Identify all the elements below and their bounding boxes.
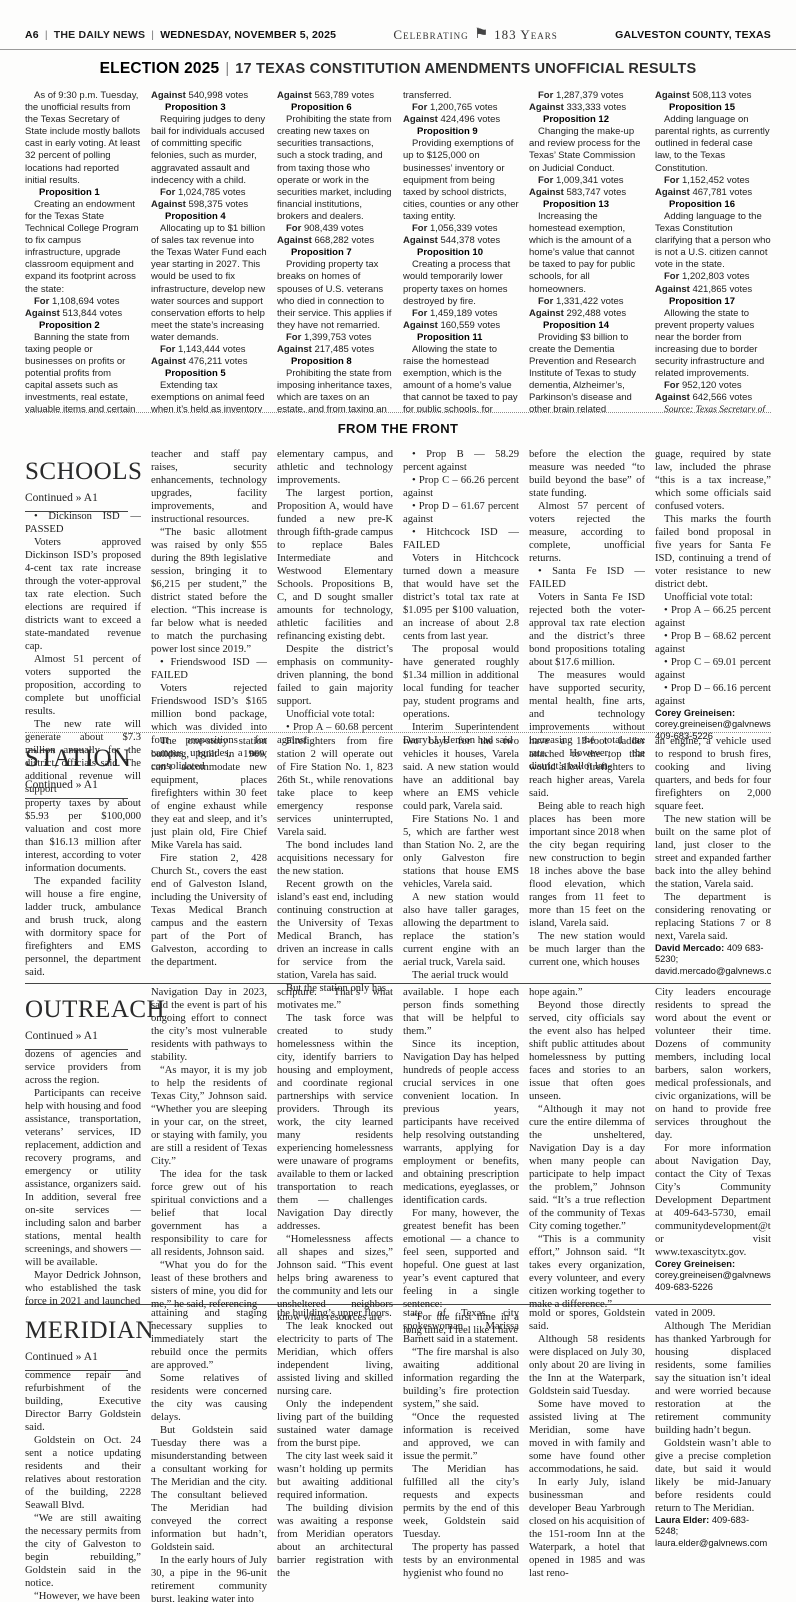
paragraph: • Prop B — 58.29 percent against (403, 448, 519, 474)
proposition-heading: Proposition 15 (655, 102, 771, 114)
paragraph: The property has passed tests by an envi… (403, 1541, 519, 1580)
paragraph: The city last week said it wasn’t holdin… (277, 1450, 393, 1502)
page-number: A6 (25, 29, 39, 41)
text-column: the building’s upper floors.The leak kno… (277, 1307, 393, 1602)
paragraph: Allowing the state to raise the homestea… (403, 344, 519, 412)
proposition-heading: Proposition 14 (529, 320, 645, 332)
text-column: have a 13-foot ladder attached to the to… (529, 735, 645, 995)
paragraph: Creating a process that would temporaril… (403, 259, 519, 307)
paragraph: • Prop D – 61.67 percent against (403, 500, 519, 526)
paragraph: The new station will be built on the sam… (655, 813, 771, 891)
paragraph: vated in 2009. (655, 1307, 771, 1320)
paragraph: • Friendswood ISD — FAILED (151, 656, 267, 682)
newspaper-page: A6 | THE DAILY NEWS | WEDNESDAY, NOVEMBE… (0, 0, 796, 1602)
paragraph: Allowing the state to prevent property v… (655, 308, 771, 381)
paragraph: • Prop B – 68.62 percent against (655, 630, 771, 656)
paragraph: This marks the fourth failed bond propos… (655, 513, 771, 591)
text-column: The one-story station building, built in… (151, 735, 267, 995)
paragraph: The one-story station building, built in… (151, 735, 267, 852)
proposition-heading: Proposition 9 (403, 126, 519, 138)
paragraph: For 1,024,785 votes (151, 187, 267, 199)
text-column: For 1,287,379 votesAgainst 333,333 votes… (529, 90, 645, 412)
section-headline: SCHOOLS (25, 458, 143, 486)
paragraph: Adding language to the Texas Constitutio… (655, 211, 771, 271)
paragraph: Against 583,747 votes (529, 187, 645, 199)
paragraph: Against 217,485 votes (277, 344, 393, 356)
paragraph: Adding language on parental rights, as c… (655, 114, 771, 174)
paragraph: Allocating up to $1 billion of sales tax… (151, 223, 267, 344)
paragraph: attaining and staging necessary supplies… (151, 1307, 267, 1372)
paragraph: Voters in Hitchcock turned down a measur… (403, 552, 519, 643)
paragraph: For 908,439 votes Against 668,282 votes (277, 223, 393, 247)
paragraph: Although The Meridian has thanked Yarbro… (655, 1320, 771, 1437)
proposition-heading: Proposition 17 (655, 296, 771, 308)
divider: | (45, 29, 48, 41)
paragraph: Unofficial vote total: (655, 591, 771, 604)
paragraph: For 952,120 votes Against 642,566 votes (655, 380, 771, 404)
paragraph: The aerial truck would (403, 969, 519, 982)
paragraph: Only the independent living part of the … (277, 1398, 393, 1450)
masthead-left: A6 | THE DAILY NEWS | WEDNESDAY, NOVEMBE… (25, 29, 336, 41)
paragraph: Providing $3 billion to create the Demen… (529, 332, 645, 412)
paragraph: Navigation Day in 2023, said the event i… (151, 986, 267, 1064)
text-column: scripture. “That’s what motivates me.”Th… (277, 986, 393, 1337)
paragraph: Goldstein on Oct. 24 sent a notice updat… (25, 1434, 141, 1512)
text-column: As of 9:30 p.m. Tuesday, the unofficial … (25, 90, 141, 412)
text-column: Against 508,113 votesProposition 15Addin… (655, 90, 771, 412)
text-column: two bays for the two vehicles it houses,… (403, 735, 519, 995)
paragraph: transferred. (403, 90, 519, 102)
paragraph: For 1,009,341 votes (529, 175, 645, 187)
byline: Laura Elder: 409-683-5248; laura.elder@g… (655, 1515, 771, 1549)
paragraph: teacher and staff pay raises, security e… (151, 448, 267, 526)
election-columns: As of 9:30 p.m. Tuesday, the unofficial … (25, 90, 771, 412)
paragraph: For many, however, the greatest benefit … (403, 1207, 519, 1311)
paragraph: Prohibiting the state from imposing inhe… (277, 368, 393, 412)
continued-from-label: Continued » A1 (25, 779, 128, 799)
paragraph: Against 513,844 votes (25, 308, 141, 320)
paragraph: “However, we have been (25, 1590, 141, 1602)
paragraph: Voters in Santa Fe ISD rejected both the… (529, 591, 645, 669)
paragraph: Changing the make-up and review process … (529, 126, 645, 174)
paragraph: Firefighters from fire station 2 will op… (277, 735, 393, 839)
paragraph: Almost 51 percent of voters supported th… (25, 653, 141, 718)
paragraph: Providing property tax breaks on homes o… (277, 259, 393, 332)
paragraph: Banning the state from taxing people or … (25, 332, 141, 412)
paragraph: Almost 57 percent of voters rejected the… (529, 500, 645, 565)
paragraph: For more information about Navigation Da… (655, 1142, 771, 1259)
section-meridian: MERIDIAN Continued » A1 commence repair … (0, 1305, 796, 1575)
paragraph: have a 13-foot ladder attached to the to… (529, 735, 645, 800)
proposition-heading: Proposition 6 (277, 102, 393, 114)
paragraph: Against 508,113 votes (655, 90, 771, 102)
divider: | (151, 29, 154, 41)
paragraph: Against 476,211 votes (151, 356, 267, 368)
paragraph: City leaders encourage residents to spre… (655, 986, 771, 1142)
paragraph: Despite the district’s emphasis on commu… (277, 643, 393, 708)
paragraph: Although 58 residents were displaced on … (529, 1333, 645, 1398)
proposition-heading: Proposition 8 (277, 356, 393, 368)
proposition-heading: Proposition 13 (529, 199, 645, 211)
proposition-heading: Proposition 11 (403, 332, 519, 344)
section-headline: STATION (25, 745, 143, 773)
paragraph: Since its inception, Navigation Day has … (403, 1038, 519, 1207)
paragraph: For 1,152,452 votes (655, 175, 771, 187)
banner-subtitle: 17 TEXAS CONSTITUTION AMENDMENTS UNOFFIC… (235, 61, 696, 77)
paragraph: Against 424,496 votes (403, 114, 519, 126)
paragraph: • Prop C – 66.26 percent against (403, 474, 519, 500)
paragraph: In early July, island businessman and de… (529, 1476, 645, 1580)
paragraph: The department is considering renovating… (655, 891, 771, 943)
paragraph: Some relatives of residents were concern… (151, 1372, 267, 1424)
paragraph: For 1,200,765 votes (403, 102, 519, 114)
proposition-heading: Proposition 4 (151, 211, 267, 223)
headline-block: STATION Continued » A1 (25, 745, 143, 799)
paragraph: • Prop D – 66.16 percent against (655, 682, 771, 708)
paragraph: But Goldstein said Tuesday there was a m… (151, 1424, 267, 1554)
paragraph: The building division was awaiting a res… (277, 1502, 393, 1580)
text-column: City leaders encourage residents to spre… (655, 986, 771, 1337)
paragraph: Requiring judges to deny bail for indivi… (151, 114, 267, 187)
paragraph: Recent growth on the island’s east end, … (277, 878, 393, 982)
section-headline: MERIDIAN (25, 1317, 143, 1345)
paragraph: “This is a community effort,” Johnson sa… (529, 1233, 645, 1311)
proposition-heading: Proposition 5 (151, 368, 267, 380)
from-the-front-header: FROM THE FRONT (0, 413, 796, 446)
paragraph: • Dickinson ISD — PASSED (25, 510, 141, 536)
paragraph: available. I hope each person finds some… (403, 986, 519, 1038)
paragraph: In the early hours of July 30, a pipe in… (151, 1554, 267, 1602)
proposition-heading: Proposition 10 (403, 247, 519, 259)
headline-block: MERIDIAN Continued » A1 (25, 1317, 143, 1371)
paragraph: Increasing the homestead exemption, whic… (529, 211, 645, 296)
text-column: Navigation Day in 2023, said the event i… (151, 986, 267, 1337)
years-label: 183 Years (494, 27, 558, 43)
continued-from-label: Continued » A1 (25, 492, 128, 512)
flag-icon: ⚑ (473, 26, 489, 43)
paragraph: elementary campus, and athletic and tech… (277, 448, 393, 487)
text-column: Firefighters from fire station 2 will op… (277, 735, 393, 995)
paragraph: dozens of agencies and service providers… (25, 1048, 141, 1087)
text-column: transferred.For 1,200,765 votesAgainst 4… (403, 90, 519, 412)
paragraph: an engine, a vehicle used to respond to … (655, 735, 771, 813)
paragraph: For 1,459,189 votes (403, 308, 519, 320)
issue-date: WEDNESDAY, NOVEMBER 5, 2025 (160, 29, 336, 41)
text-column: mold or spores, Goldstein said.Although … (529, 1307, 645, 1602)
proposition-heading: Proposition 2 (25, 320, 141, 332)
paragraph: Against 598,375 votes (151, 199, 267, 211)
paragraph: • Prop C – 69.01 percent against (655, 656, 771, 682)
paper-name: THE DAILY NEWS (54, 29, 145, 41)
text-column: state of Texas, city spokeswoman Marissa… (403, 1307, 519, 1602)
paragraph: Extending tax exemptions on animal feed … (151, 380, 267, 412)
paragraph: Prohibiting the state from creating new … (277, 114, 393, 223)
paragraph: Fire station 2, 428 Church St., covers t… (151, 852, 267, 969)
paragraph: the building’s upper floors. (277, 1307, 393, 1320)
paragraph: guage, required by state law, included t… (655, 448, 771, 513)
paragraph: Unofficial vote total: (277, 708, 393, 721)
text-column: an engine, a vehicle used to respond to … (655, 735, 771, 995)
proposition-heading: Proposition 16 (655, 199, 771, 211)
headline-block: OUTREACH Continued » A1 (25, 996, 143, 1050)
proposition-heading: Proposition 12 (529, 114, 645, 126)
paragraph: Some have moved to assisted living at Th… (529, 1398, 645, 1476)
byline: David Mercado: 409 683-5230; david.merca… (655, 943, 771, 977)
paragraph: For 1,143,444 votes (151, 344, 267, 356)
section-election-results: As of 9:30 p.m. Tuesday, the unofficial … (0, 86, 796, 412)
paragraph: Against 544,378 votes (403, 235, 519, 247)
section-outreach: OUTREACH Continued » A1 dozens of agenci… (0, 984, 796, 1304)
paragraph: The idea for the task force grew out of … (151, 1168, 267, 1259)
paragraph: For 1,108,694 votes (25, 296, 141, 308)
paragraph: “As mayor, it is my job to help the resi… (151, 1064, 267, 1168)
paragraph: For 1,331,422 votes (529, 296, 645, 308)
paragraph: The task force was created to study home… (277, 1012, 393, 1233)
byline: Corey Greineisen: corey.greineisen@galvn… (655, 1259, 771, 1293)
text-column: attaining and staging necessary supplies… (151, 1307, 267, 1602)
proposition-heading: Proposition 1 (25, 187, 141, 199)
celebrating-label: Celebrating (393, 27, 468, 43)
paragraph: The proposal would have generated roughl… (403, 643, 519, 721)
section-schools: SCHOOLS Continued » A1 • Dickinson ISD —… (0, 446, 796, 732)
paragraph: The Meridian has fulfilled all the city’… (403, 1463, 519, 1541)
paragraph: • Hitchcock ISD — FAILED (403, 526, 519, 552)
section-headline: OUTREACH (25, 996, 143, 1024)
paragraph: For 1,399,753 votes (277, 332, 393, 344)
election-banner: ELECTION 2025|17 TEXAS CONSTITUTION AMEN… (0, 50, 796, 86)
section-station: STATION Continued » A1 property taxes by… (0, 733, 796, 983)
continued-from-label: Continued » A1 (25, 1351, 128, 1371)
paragraph: “The fire marshal is also awaiting addit… (403, 1346, 519, 1411)
paragraph: mold or spores, Goldstein said. (529, 1307, 645, 1333)
paragraph: “What you do for the least of these brot… (151, 1259, 267, 1311)
paragraph: Beyond those directly served, city offic… (529, 999, 645, 1103)
paragraph: The new station would be much larger tha… (529, 930, 645, 969)
proposition-heading: Proposition 7 (277, 247, 393, 259)
paragraph: Being able to reach high places has been… (529, 800, 645, 930)
headline-block: SCHOOLS Continued » A1 (25, 458, 143, 512)
paragraph: “Once the requested information is recei… (403, 1411, 519, 1463)
paragraph: “Although it may not cure the entire dil… (529, 1103, 645, 1233)
paragraph: Fire Stations No. 1 and 5, which are far… (403, 813, 519, 891)
paragraph: The expanded facility will house a fire … (25, 875, 141, 979)
banner-title: ELECTION 2025 (100, 60, 220, 77)
text-column: Against 540,998 votesProposition 3Requir… (151, 90, 267, 412)
paragraph: A new station would also have taller gar… (403, 891, 519, 969)
paragraph: Goldstein wasn’t able to give a precise … (655, 1437, 771, 1515)
paragraph: two bays for the two vehicles it houses,… (403, 735, 519, 813)
paragraph: Against 563,789 votes (277, 90, 393, 102)
paragraph: before the election the measure was need… (529, 448, 645, 500)
proposition-heading: Proposition 3 (151, 102, 267, 114)
paragraph: The leak knocked out electricity to part… (277, 1320, 393, 1398)
paragraph: Against 333,333 votes (529, 102, 645, 114)
divider: | (225, 60, 229, 77)
paragraph: property taxes by about $5.93 per $100,0… (25, 797, 141, 875)
masthead-region: GALVESTON COUNTY, TEXAS (615, 29, 771, 41)
paragraph: Against 540,998 votes (151, 90, 267, 102)
masthead: A6 | THE DAILY NEWS | WEDNESDAY, NOVEMBE… (0, 0, 796, 50)
text-column: hope again.”Beyond those directly served… (529, 986, 645, 1337)
paragraph: For 1,287,379 votes (529, 90, 645, 102)
paragraph: “We are still awaiting the necessary per… (25, 1512, 141, 1590)
paragraph: • Prop A – 66.25 percent against (655, 604, 771, 630)
paragraph: Against 160,559 votes (403, 320, 519, 332)
continued-from-label: Continued » A1 (25, 1030, 128, 1050)
paragraph: • Santa Fe ISD — FAILED (529, 565, 645, 591)
text-column: Against 563,789 votesProposition 6Prohib… (277, 90, 393, 412)
paragraph: scripture. “That’s what motivates me.” (277, 986, 393, 1012)
paragraph: The bond includes land acquisitions nece… (277, 839, 393, 878)
paragraph: hope again.” (529, 986, 645, 999)
source-note: Source: Texas Secretary of State and The… (655, 404, 771, 412)
paragraph: Mayor Dedrick Johnson, who established t… (25, 1269, 141, 1308)
paragraph: “The basic allotment was raised by only … (151, 526, 267, 656)
paragraph: The largest portion, Proposition A, woul… (277, 487, 393, 643)
paragraph: Against 292,488 votes (529, 308, 645, 320)
paragraph: state of Texas, city spokeswoman Marissa… (403, 1307, 519, 1346)
paragraph: Participants can receive help with housi… (25, 1087, 141, 1269)
text-column: available. I hope each person finds some… (403, 986, 519, 1337)
paragraph: For 1,056,339 votes (403, 223, 519, 235)
paragraph: Voters approved Dickinson ISD’s proposed… (25, 536, 141, 653)
masthead-center: Celebrating ⚑ 183 Years (393, 26, 557, 43)
paragraph: As of 9:30 p.m. Tuesday, the unofficial … (25, 90, 141, 187)
text-column: vated in 2009.Although The Meridian has … (655, 1307, 771, 1602)
paragraph: Creating an endowment for the Texas Stat… (25, 199, 141, 296)
paragraph: commence repair and refurbishment of the… (25, 1369, 141, 1434)
paragraph: Against 467,781 votes (655, 187, 771, 199)
paragraph: Against 421,865 votes (655, 284, 771, 296)
paragraph: Providing exemptions of up to $125,000 o… (403, 138, 519, 223)
paragraph: For 1,202,803 votes (655, 271, 771, 283)
